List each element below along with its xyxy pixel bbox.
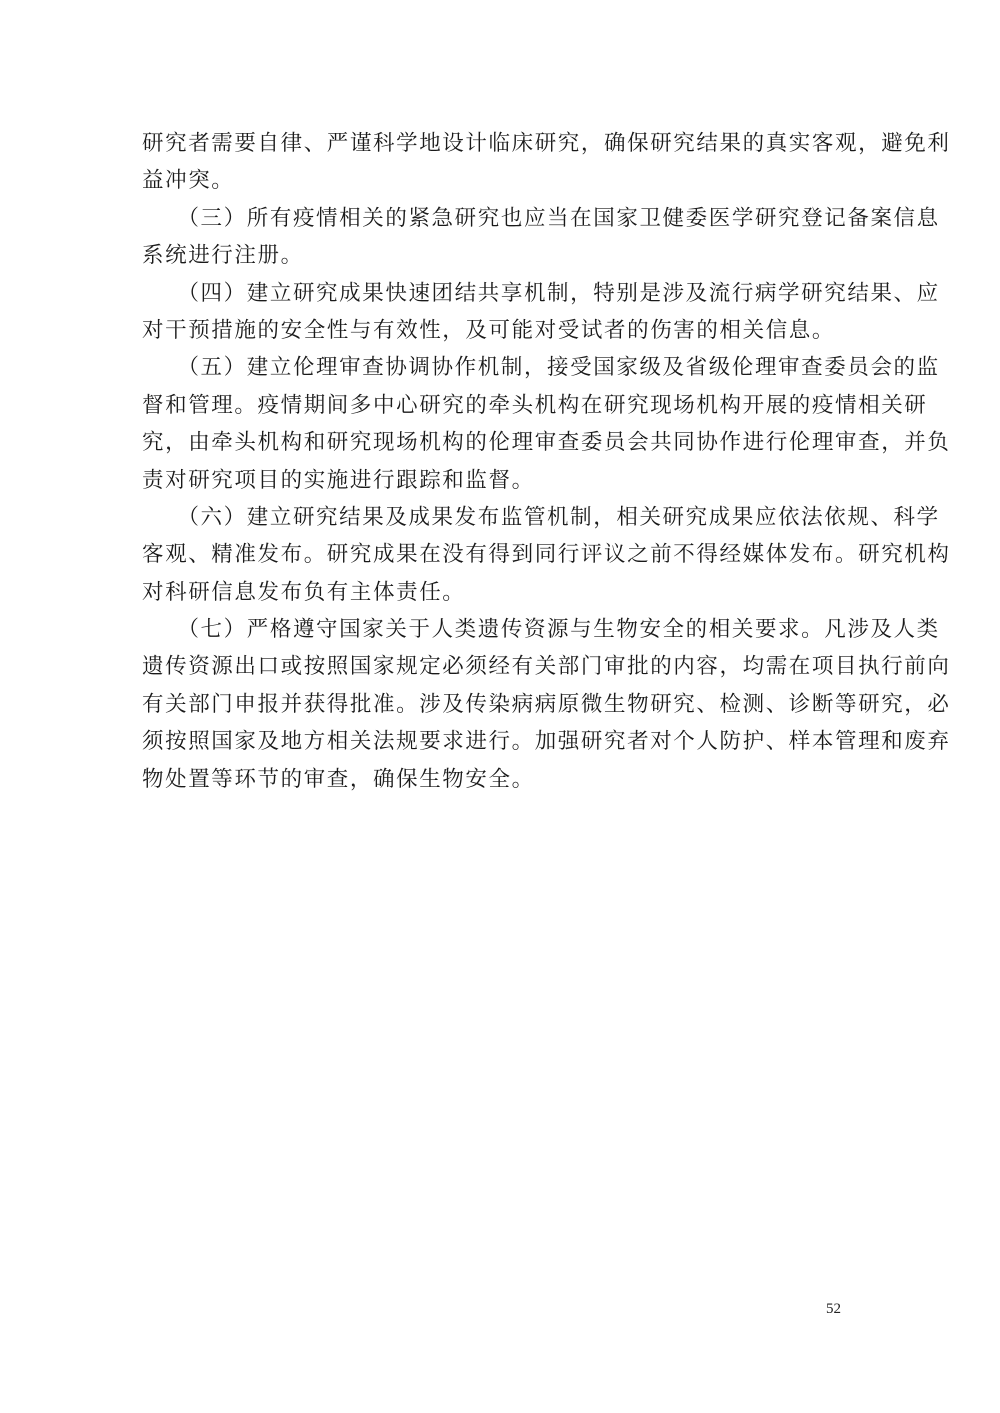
text-line: 对干预措施的安全性与有效性，及可能对受试者的伤害的相关信息。 xyxy=(142,312,862,349)
paragraph-item-4: （四）建立研究成果快速团结共享机制，特别是涉及流行病学研究结果、应 对干预措施的… xyxy=(142,275,862,350)
paragraph-item-3: （三）所有疫情相关的紧急研究也应当在国家卫健委医学研究登记备案信息 系统进行注册… xyxy=(142,200,862,275)
text-line: 客观、精准发布。研究成果在没有得到同行评议之前不得经媒体发布。研究机构 xyxy=(142,536,862,573)
text-line: （七）严格遵守国家关于人类遗传资源与生物安全的相关要求。凡涉及人类 xyxy=(142,611,862,648)
paragraph-continuation: 研究者需要自律、严谨科学地设计临床研究，确保研究结果的真实客观，避免利 益冲突。 xyxy=(142,125,862,200)
text-line: （五）建立伦理审查协调协作机制，接受国家级及省级伦理审查委员会的监 xyxy=(142,349,862,386)
text-line: （三）所有疫情相关的紧急研究也应当在国家卫健委医学研究登记备案信息 xyxy=(142,200,862,237)
text-line: 系统进行注册。 xyxy=(142,237,862,274)
text-line: 责对研究项目的实施进行跟踪和监督。 xyxy=(142,462,862,499)
page-number: 52 xyxy=(826,1301,841,1318)
document-page: 研究者需要自律、严谨科学地设计临床研究，确保研究结果的真实客观，避免利 益冲突。… xyxy=(0,0,1000,1413)
text-line: （六）建立研究结果及成果发布监管机制，相关研究成果应依法依规、科学 xyxy=(142,499,862,536)
text-line: 益冲突。 xyxy=(142,162,862,199)
text-line: 督和管理。疫情期间多中心研究的牵头机构在研究现场机构开展的疫情相关研 xyxy=(142,387,862,424)
document-body: 研究者需要自律、严谨科学地设计临床研究，确保研究结果的真实客观，避免利 益冲突。… xyxy=(142,125,862,798)
text-line: 有关部门申报并获得批准。涉及传染病病原微生物研究、检测、诊断等研究，必 xyxy=(142,686,862,723)
text-line: 物处置等环节的审查，确保生物安全。 xyxy=(142,761,862,798)
text-line: 遗传资源出口或按照国家规定必须经有关部门审批的内容，均需在项目执行前向 xyxy=(142,648,862,685)
text-line: （四）建立研究成果快速团结共享机制，特别是涉及流行病学研究结果、应 xyxy=(142,275,862,312)
text-line: 研究者需要自律、严谨科学地设计临床研究，确保研究结果的真实客观，避免利 xyxy=(142,125,862,162)
paragraph-item-5: （五）建立伦理审查协调协作机制，接受国家级及省级伦理审查委员会的监 督和管理。疫… xyxy=(142,349,862,499)
text-line: 须按照国家及地方相关法规要求进行。加强研究者对个人防护、样本管理和废弃 xyxy=(142,723,862,760)
text-line: 对科研信息发布负有主体责任。 xyxy=(142,574,862,611)
text-line: 究，由牵头机构和研究现场机构的伦理审查委员会共同协作进行伦理审查，并负 xyxy=(142,424,862,461)
paragraph-item-6: （六）建立研究结果及成果发布监管机制，相关研究成果应依法依规、科学 客观、精准发… xyxy=(142,499,862,611)
paragraph-item-7: （七）严格遵守国家关于人类遗传资源与生物安全的相关要求。凡涉及人类 遗传资源出口… xyxy=(142,611,862,798)
